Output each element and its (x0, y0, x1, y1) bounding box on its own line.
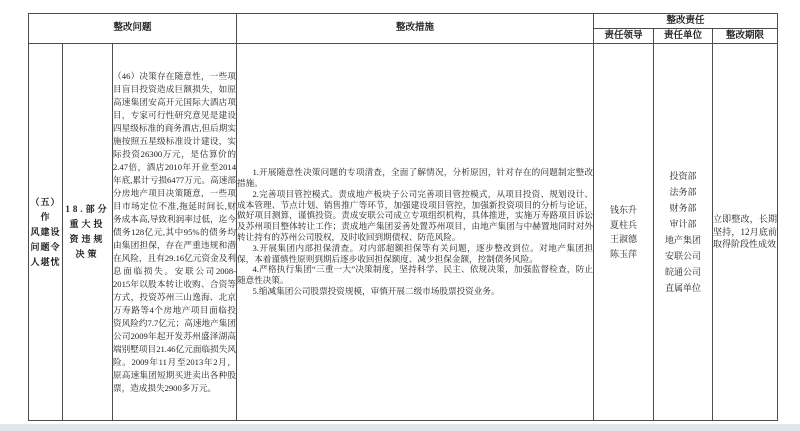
section-label-line: 风建设 (29, 225, 62, 240)
item-label-line: 决策 (63, 247, 112, 262)
header-deadline: 整改期限 (713, 29, 778, 44)
deadline-text: 立即整改，长期坚持，12月底前取得阶段性成效 (713, 213, 777, 251)
unit-name: 法务部 (654, 184, 712, 200)
section-label-line: 人堪忧 (29, 255, 62, 270)
header-measures: 整改措施 (237, 14, 594, 44)
leader-name: 钱东升 (594, 203, 653, 218)
header-problem: 整改问题 (29, 14, 237, 44)
cell-deadline: 立即整改，长期坚持，12月底前取得阶段性成效 (713, 44, 778, 421)
cell-leaders: 钱东升 夏柱兵 王淑德 陈玉萍 (594, 44, 654, 421)
cell-item-label: 18.部分 重大投 资违规 决策 (63, 44, 113, 421)
problem-detail-text: （46）决策存在随意性，一些项目盲目投资造成巨额损失，如原高速集团安高开元国际大… (113, 70, 236, 395)
leader-name: 王淑德 (594, 232, 653, 247)
leader-name: 夏柱兵 (594, 218, 653, 233)
item-label-line: 重大投 (63, 217, 112, 232)
header-unit: 责任单位 (654, 29, 713, 44)
measure-item: 4.严格执行集团“三重一大”决策制度，坚持科学、民主、依规决策，加强监督检查，防… (237, 264, 593, 286)
page-edge-strip (0, 424, 800, 431)
cell-units: 投资部 法务部 财务部 审计部 地产集团 安联公司 皖通公司 直属单位 (654, 44, 713, 421)
measure-item: 2.完善项目管控模式。责成地产板块子公司完善项目管控模式，从项目投资、规划设计、… (237, 189, 593, 243)
header-responsibility: 整改责任 (594, 14, 778, 29)
unit-name: 财务部 (654, 200, 712, 216)
unit-name: 审计部 (654, 216, 712, 232)
header-leader: 责任领导 (594, 29, 654, 44)
rectification-table: 整改问题 整改措施 整改责任 责任领导 责任单位 整改期限 （五）作 风建设 问… (28, 13, 778, 421)
leader-name: 陈玉萍 (594, 247, 653, 262)
unit-name: 地产集团 (654, 232, 712, 248)
unit-name: 安联公司 (654, 248, 712, 264)
section-label-line: 问题令 (29, 240, 62, 255)
measure-item: 3.开展集团内部担保清查。对内部超额担保等有关问题，逐步整改到位。对地产集团担保… (237, 243, 593, 265)
document-page: 整改问题 整改措施 整改责任 责任领导 责任单位 整改期限 （五）作 风建设 问… (0, 0, 800, 431)
unit-name: 投资部 (654, 168, 712, 184)
cell-section-label: （五）作 风建设 问题令 人堪忧 (29, 44, 63, 421)
cell-problem-detail: （46）决策存在随意性，一些项目盲目投资造成巨额损失，如原高速集团安高开元国际大… (113, 44, 237, 421)
unit-name: 直属单位 (654, 280, 712, 296)
cell-measures: 1.开展随意性决策问题的专项清查，全面了解情况，分析原因，针对存在的问题制定整改… (237, 44, 594, 421)
measure-item: 5.缩减集团公司股票投资规模，审慎开展二级市场股票投资业务。 (237, 286, 593, 297)
unit-name: 皖通公司 (654, 264, 712, 280)
measure-item: 1.开展随意性决策问题的专项清查，全面了解情况，分析原因，针对存在的问题制定整改… (237, 167, 593, 189)
item-label-line: 18.部分 (63, 202, 112, 217)
item-label-line: 资违规 (63, 232, 112, 247)
section-label-line: （五）作 (29, 195, 62, 225)
